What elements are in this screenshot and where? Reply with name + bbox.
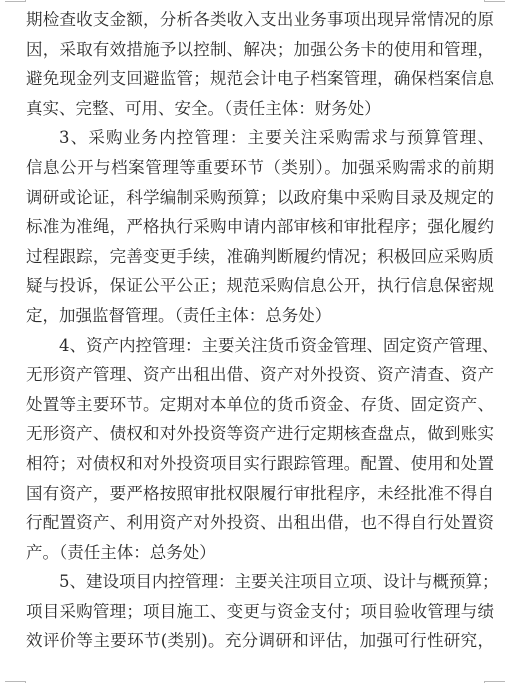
paragraph-asset-control: 4、资产内控管理：主要关注货币资金管理、固定资产管理、 无形资产管理、资产出租出… bbox=[26, 331, 494, 568]
document-page: 期检查收支金额，分析各类收入支出业务事项出现异常情况的原 因，采取有效措施予以控… bbox=[0, 0, 510, 683]
text-line: 疑与投诉，保证公平公正；规范采购信息公开，执行信息保密规 bbox=[26, 271, 494, 301]
text-line: 信息公开与档案管理等重要环节（类别）。加强采购需求的前期 bbox=[26, 153, 494, 183]
text-line: 标准为准绳，严格执行采购申请内部审核和审批程序；强化履约 bbox=[26, 212, 494, 242]
paragraph-construction-control: 5、建设项目内控管理：主要关注项目立项、设计与概预算； 项目采购管理；项目施工、… bbox=[26, 567, 494, 656]
page-corner-mark-top-left bbox=[5, 0, 26, 2]
text-line: 无形资产管理、资产出租出借、资产对外投资、资产清查、资产 bbox=[26, 360, 494, 390]
text-line: 产。（责任主体：总务处） bbox=[26, 538, 494, 568]
text-line: 相符；对债权和对外投资项目实行跟踪管理。配置、使用和处置 bbox=[26, 449, 494, 479]
text-line: 避免现金列支回避监管；规范会计电子档案管理，确保档案信息 bbox=[26, 64, 494, 94]
text-line: 真实、完整、可用、安全。（责任主体：财务处） bbox=[26, 94, 494, 124]
paragraph-procurement-control: 3、采购业务内控管理：主要关注采购需求与预算管理、 信息公开与档案管理等重要环节… bbox=[26, 123, 494, 330]
text-line: 处置等主要环节。定期对本单位的货币资金、存货、固定资产、 bbox=[26, 390, 494, 420]
text-line: 过程跟踪，完善变更手续，准确判断履约情况；积极回应采购质 bbox=[26, 242, 494, 272]
paragraph-heading-line: 4、资产内控管理：主要关注货币资金管理、固定资产管理、 bbox=[26, 331, 494, 361]
text-line: 项目采购管理；项目施工、变更与资金支付；项目验收管理与绩 bbox=[26, 597, 494, 627]
document-body[interactable]: 期检查收支金额，分析各类收入支出业务事项出现异常情况的原 因，采取有效措施予以控… bbox=[26, 5, 494, 656]
text-line: 因，采取有效措施予以控制、解决；加强公务卡的使用和管理， bbox=[26, 35, 494, 65]
page-corner-mark-top-right bbox=[484, 0, 505, 2]
paragraph-finance-continuation: 期检查收支金额，分析各类收入支出业务事项出现异常情况的原 因，采取有效措施予以控… bbox=[26, 5, 494, 123]
text-line: 国有资产，要严格按照审批权限履行审批程序，未经批准不得自 bbox=[26, 479, 494, 509]
paragraph-heading-line: 3、采购业务内控管理：主要关注采购需求与预算管理、 bbox=[26, 123, 494, 153]
text-line: 效评价等主要环节(类别)。充分调研和评估，加强可行性研究， bbox=[26, 626, 494, 656]
text-line: 行配置资产、利用资产对外投资、出租出借，也不得自行处置资 bbox=[26, 508, 494, 538]
text-line: 调研或论证，科学编制采购预算；以政府集中采购目录及规定的 bbox=[26, 183, 494, 213]
text-line: 定，加强监督管理。（责任主体：总务处） bbox=[26, 301, 494, 331]
paragraph-heading-line: 5、建设项目内控管理：主要关注项目立项、设计与概预算； bbox=[26, 567, 494, 597]
text-line: 期检查收支金额，分析各类收入支出业务事项出现异常情况的原 bbox=[26, 5, 494, 35]
text-line: 无形资产、债权和对外投资等资产进行定期核查盘点，做到账实 bbox=[26, 419, 494, 449]
